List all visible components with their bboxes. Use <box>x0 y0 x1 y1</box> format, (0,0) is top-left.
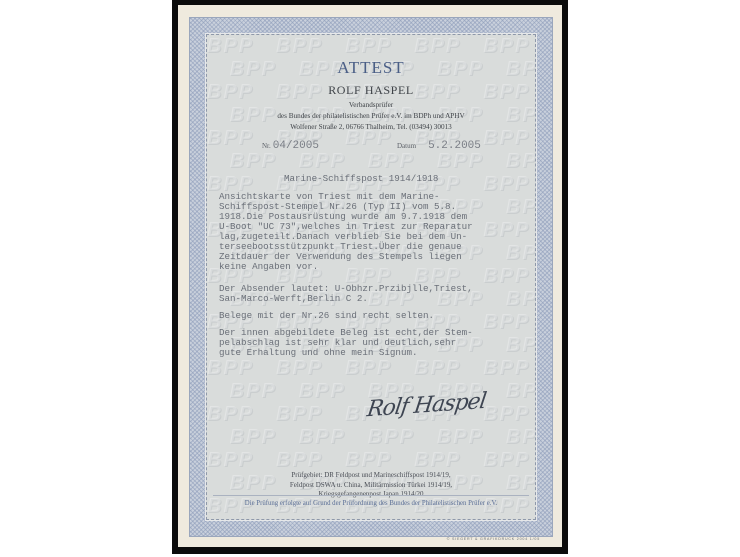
paragraph-verdict: Der innen abgebildete Beleg ist echt,der… <box>219 328 473 358</box>
document-frame: BPP BPP BPP BPP BPP BPP BPP BPP BPP BPP … <box>172 0 568 554</box>
examiner-signature: Rolf Haspel <box>365 389 487 423</box>
certificate-panel: BPP BPP BPP BPP BPP BPP BPP BPP BPP BPP … <box>206 34 536 520</box>
examiner-name: ROLF HASPEL <box>207 83 535 98</box>
examiner-role: Verbandsprüfer <box>207 101 535 109</box>
paragraph-rarity: Belege mit der Nr.26 sind recht selten. <box>219 311 434 321</box>
certificate-date: Datum5.2.2005 <box>397 140 481 152</box>
address-line: Wolfener Straße 2, 06766 Thalheim, Tel. … <box>207 123 535 131</box>
footer-divider <box>213 495 529 496</box>
date-value: 5.2.2005 <box>428 140 481 152</box>
subject-heading: Marine-Schiffspost 1914/1918 <box>284 174 438 184</box>
guilloche-border: BPP BPP BPP BPP BPP BPP BPP BPP BPP BPP … <box>189 17 553 537</box>
scope-line: Prüfgebiet: DR Feldpost und Marineschiff… <box>207 471 535 481</box>
scope-line: Feldpost DSWA u. China, Militärmission T… <box>207 481 535 491</box>
certificate-title: ATTEST <box>207 58 535 78</box>
paragraph-description: Ansichtskarte von Triest mit dem Marine-… <box>219 192 473 272</box>
association-line: des Bundes der philatelistischen Prüfer … <box>207 112 535 120</box>
number-label: Nr. <box>262 142 271 150</box>
certificate-paper: BPP BPP BPP BPP BPP BPP BPP BPP BPP BPP … <box>178 5 562 547</box>
date-label: Datum <box>397 142 416 150</box>
paragraph-sender: Der Absender lautet: U-Obhzr.Przibjlle,T… <box>219 284 473 304</box>
certificate-number: Nr.04/2005 <box>262 140 319 152</box>
footer-note: Die Prüfung erfolgte auf Grund der Prüfo… <box>207 500 535 507</box>
printer-mark: © SIEGERT & GRAFIKDRUCK 2004 1/05 <box>447 537 540 541</box>
number-value: 04/2005 <box>273 140 319 152</box>
